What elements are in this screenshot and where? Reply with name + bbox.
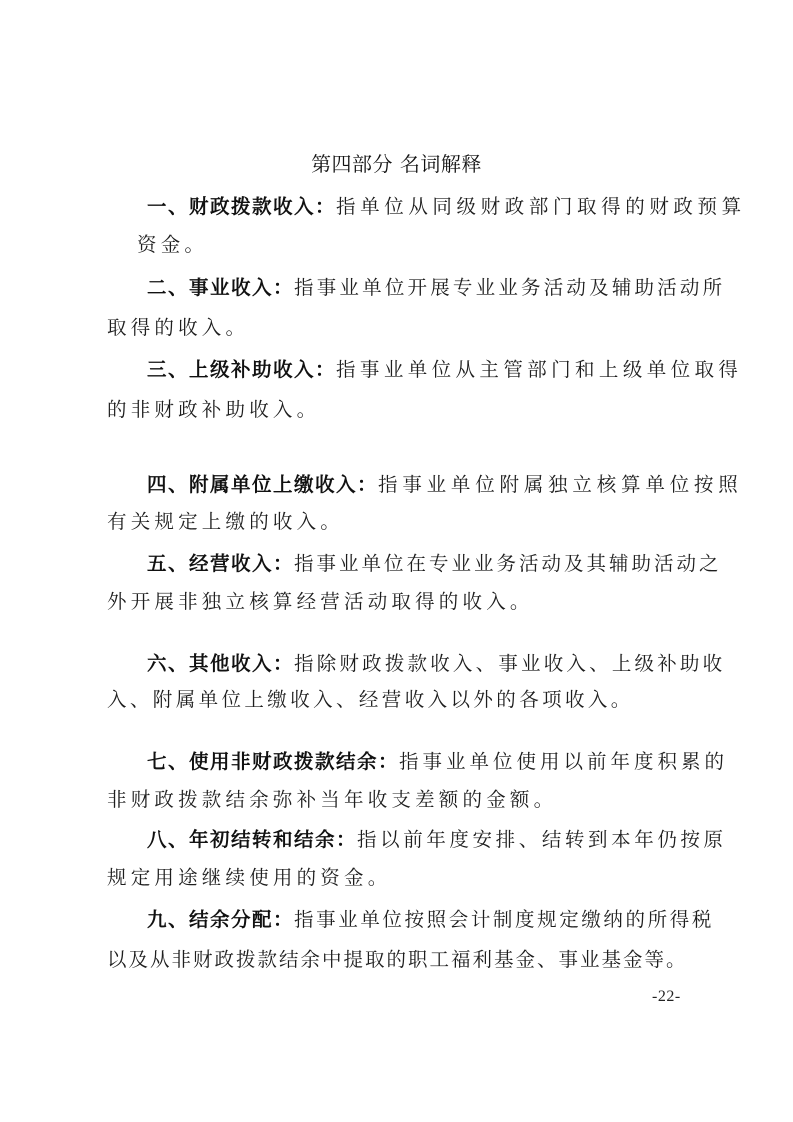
definition-6-line-1: 六、其他收入：指除财政拨款收入、事业收入、上级补助收 xyxy=(147,650,693,678)
definition-text: 指事业单位按照会计制度规定缴纳的所得税 xyxy=(294,908,714,931)
definition-3-line-2: 的非财政补助收入。 xyxy=(107,396,693,424)
definition-text: 指事业单位附属独立核算单位按照 xyxy=(378,473,743,496)
definition-7-line-1: 七、使用非财政拨款结余：指事业单位使用以前年度积累的 xyxy=(147,748,693,776)
definition-1-line-1: 一、财政拨款收入：指单位从同级财政部门取得的财政预算 xyxy=(147,193,693,221)
definition-text: 指以前年度安排、结转到本年仍按原 xyxy=(357,828,727,851)
definition-text: 指事业单位从主管部门和上级单位取得 xyxy=(336,358,742,381)
definition-text: 指事业单位开展专业业务活动及辅助活动所 xyxy=(294,276,725,299)
definition-7-line-2: 非财政拨款结余弥补当年收支差额的金额。 xyxy=(107,786,693,814)
section-title: 第四部分 名词解释 xyxy=(0,148,793,177)
definition-term: 六、其他收入： xyxy=(147,652,294,675)
definition-term: 八、年初结转和结余： xyxy=(147,828,357,851)
definition-term: 一、财政拨款收入： xyxy=(147,195,336,218)
definition-term: 四、附属单位上缴收入： xyxy=(147,473,378,496)
definition-4-line-1: 四、附属单位上缴收入：指事业单位附属独立核算单位按照 xyxy=(147,471,693,499)
definition-5-line-1: 五、经营收入：指事业单位在专业业务活动及其辅助活动之 xyxy=(147,550,693,578)
definition-term: 九、结余分配： xyxy=(147,908,294,931)
definition-3-line-1: 三、上级补助收入：指事业单位从主管部门和上级单位取得 xyxy=(147,356,693,384)
definition-text: 指除财政拨款收入、事业收入、上级补助收 xyxy=(294,652,725,675)
definition-text: 指事业单位使用以前年度积累的 xyxy=(399,750,728,773)
page-number: -22- xyxy=(652,988,681,1006)
definition-term: 五、经营收入： xyxy=(147,552,294,575)
document-page: 第四部分 名词解释 一、财政拨款收入：指单位从同级财政部门取得的财政预算 资金。… xyxy=(0,0,793,1122)
definition-2-line-1: 二、事业收入：指事业单位开展专业业务活动及辅助活动所 xyxy=(147,274,693,302)
definition-9-line-1: 九、结余分配：指事业单位按照会计制度规定缴纳的所得税 xyxy=(147,906,693,934)
definition-term: 七、使用非财政拨款结余： xyxy=(147,750,399,773)
definition-4-line-2: 有关规定上缴的收入。 xyxy=(107,508,693,536)
definition-6-line-2: 入、附属单位上缴收入、经营收入以外的各项收入。 xyxy=(107,686,693,714)
definition-8-line-1: 八、年初结转和结余：指以前年度安排、结转到本年仍按原 xyxy=(147,826,693,854)
definition-9-line-2: 以及从非财政拨款结余中提取的职工福利基金、事业基金等。 xyxy=(107,946,693,974)
definition-1-line-2: 资金。 xyxy=(137,231,723,259)
definition-text: 指事业单位在专业业务活动及其辅助活动之 xyxy=(294,552,722,575)
definition-5-line-2: 外开展非独立核算经营活动取得的收入。 xyxy=(107,588,693,616)
definition-2-line-2: 取得的收入。 xyxy=(107,314,693,342)
definition-text: 指单位从同级财政部门取得的财政预算 xyxy=(336,195,746,218)
definition-8-line-2: 规定用途继续使用的资金。 xyxy=(107,864,693,892)
definition-term: 二、事业收入： xyxy=(147,276,294,299)
definition-term: 三、上级补助收入： xyxy=(147,358,336,381)
